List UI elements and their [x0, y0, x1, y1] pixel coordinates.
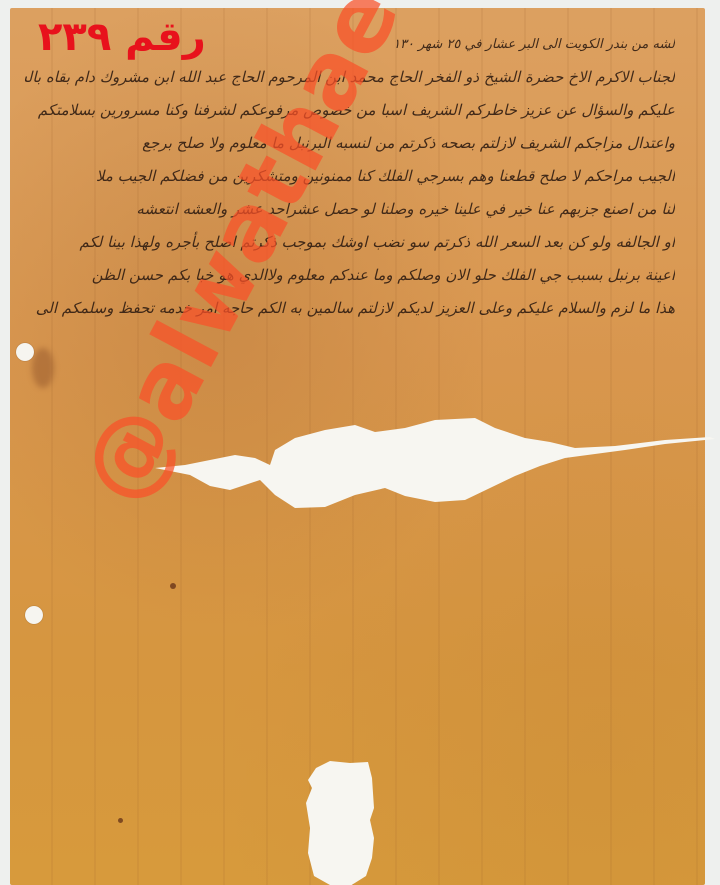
torn-hole-middle: [155, 410, 715, 510]
letter-line: او الجالفه ولو كن بعد السعر الله ذكرتم س…: [25, 226, 675, 259]
letter-line: هذا ما لزم والسلام عليكم وعلى العزيز لدي…: [25, 292, 675, 325]
document-number-label: رقم ٢٣٩: [38, 14, 206, 60]
letter-line: عليكم والسؤال عن عزيز خاطركم الشريف اسبا…: [25, 94, 675, 127]
punch-hole-bottom: [25, 606, 43, 624]
letter-line: واعتدال مزاجكم الشريف لازلتم بصحه ذكرتم …: [25, 127, 675, 160]
letter-line: اعينة برنبل بسبب جي الفلك حلو الان وصلكم…: [25, 259, 675, 292]
letter-line: لنا من اصنع جزبهم عنا خير في علينا خيره …: [25, 193, 675, 226]
ink-stain: [32, 348, 54, 388]
letter-line: لجناب الاكرم الاخ حضرة الشيخ ذو الفخر ال…: [25, 61, 675, 94]
ink-stain: [170, 583, 176, 589]
torn-hole-bottom: [300, 758, 380, 885]
letter-line: الجيب مراحكم لا صلح قطعنا وهم بسرجي الفل…: [25, 160, 675, 193]
punch-hole-top: [16, 343, 34, 361]
letter-body: لشه من بندر الكويت الى البر عشار في ٢٥ ش…: [25, 28, 675, 325]
ink-stain: [118, 818, 123, 823]
document-paper: لشه من بندر الكويت الى البر عشار في ٢٥ ش…: [10, 8, 705, 885]
